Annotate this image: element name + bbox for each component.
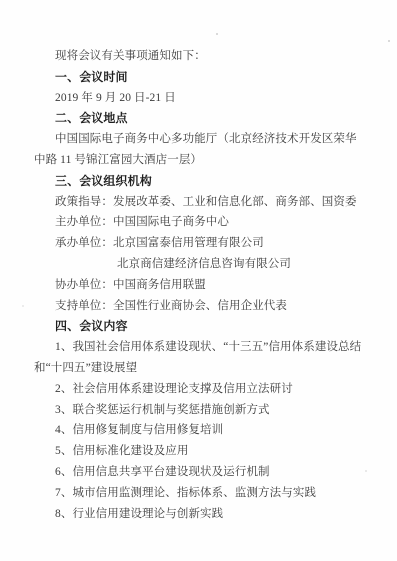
agenda-item-1-line-1: 1、我国社会信用体系建设现状、“十三五”信用体系建设总结 <box>55 337 384 358</box>
agenda-item-6: 6、信用信息共享平台建设现状及运行机制 <box>55 462 384 483</box>
supporter-line: 支持单位：全国性行业商协会、信用企业代表 <box>55 296 384 317</box>
scan-speckle <box>216 33 218 35</box>
intro-line: 现将会议有关事项通知如下： <box>55 46 384 67</box>
heading-meeting-venue: 二、会议地点 <box>55 108 384 129</box>
scan-speckle <box>22 305 24 307</box>
scan-speckle <box>388 40 390 42</box>
notice-body: 现将会议有关事项通知如下： 一、会议时间 2019 年 9 月 20 日-21 … <box>34 46 384 524</box>
heading-organization: 三、会议组织机构 <box>55 171 384 192</box>
agenda-item-2: 2、社会信用体系建设理论支撑及信用立法研讨 <box>55 379 384 400</box>
policy-guidance-line: 政策指导：发展改革委、工业和信息化部、商务部、国资委 <box>55 192 384 213</box>
venue-line-2: 中路 11 号锦江富园大酒店一层） <box>34 150 384 171</box>
venue-line-1: 中国国际电子商务中心多功能厅（北京经济技术开发区荣华 <box>55 129 384 150</box>
agenda-item-3: 3、联合奖惩运行机制与奖惩措施创新方式 <box>55 400 384 421</box>
agenda-item-7: 7、城市信用监测理论、指标体系、监测方法与实践 <box>55 483 384 504</box>
heading-meeting-time: 一、会议时间 <box>55 67 384 88</box>
scanned-notice-page: 现将会议有关事项通知如下： 一、会议时间 2019 年 9 月 20 日-21 … <box>0 0 397 561</box>
meeting-date-line: 2019 年 9 月 20 日-21 日 <box>55 88 384 109</box>
agenda-item-1-line-2: 和“十四五”建设展望 <box>34 358 384 379</box>
organizer-line-1: 承办单位：北京国富泰信用管理有限公司 <box>55 233 384 254</box>
organizer-line-2: 北京商信建经济信息咨询有限公司 <box>117 254 384 275</box>
agenda-item-8: 8、行业信用建设理论与创新实践 <box>55 504 384 525</box>
heading-agenda: 四、会议内容 <box>55 316 384 337</box>
co-organizer-line: 协办单位：中国商务信用联盟 <box>55 275 384 296</box>
agenda-item-4: 4、信用修复制度与信用修复培训 <box>55 420 384 441</box>
host-unit-line: 主办单位：中国国际电子商务中心 <box>55 212 384 233</box>
agenda-item-5: 5、信用标准化建设及应用 <box>55 441 384 462</box>
